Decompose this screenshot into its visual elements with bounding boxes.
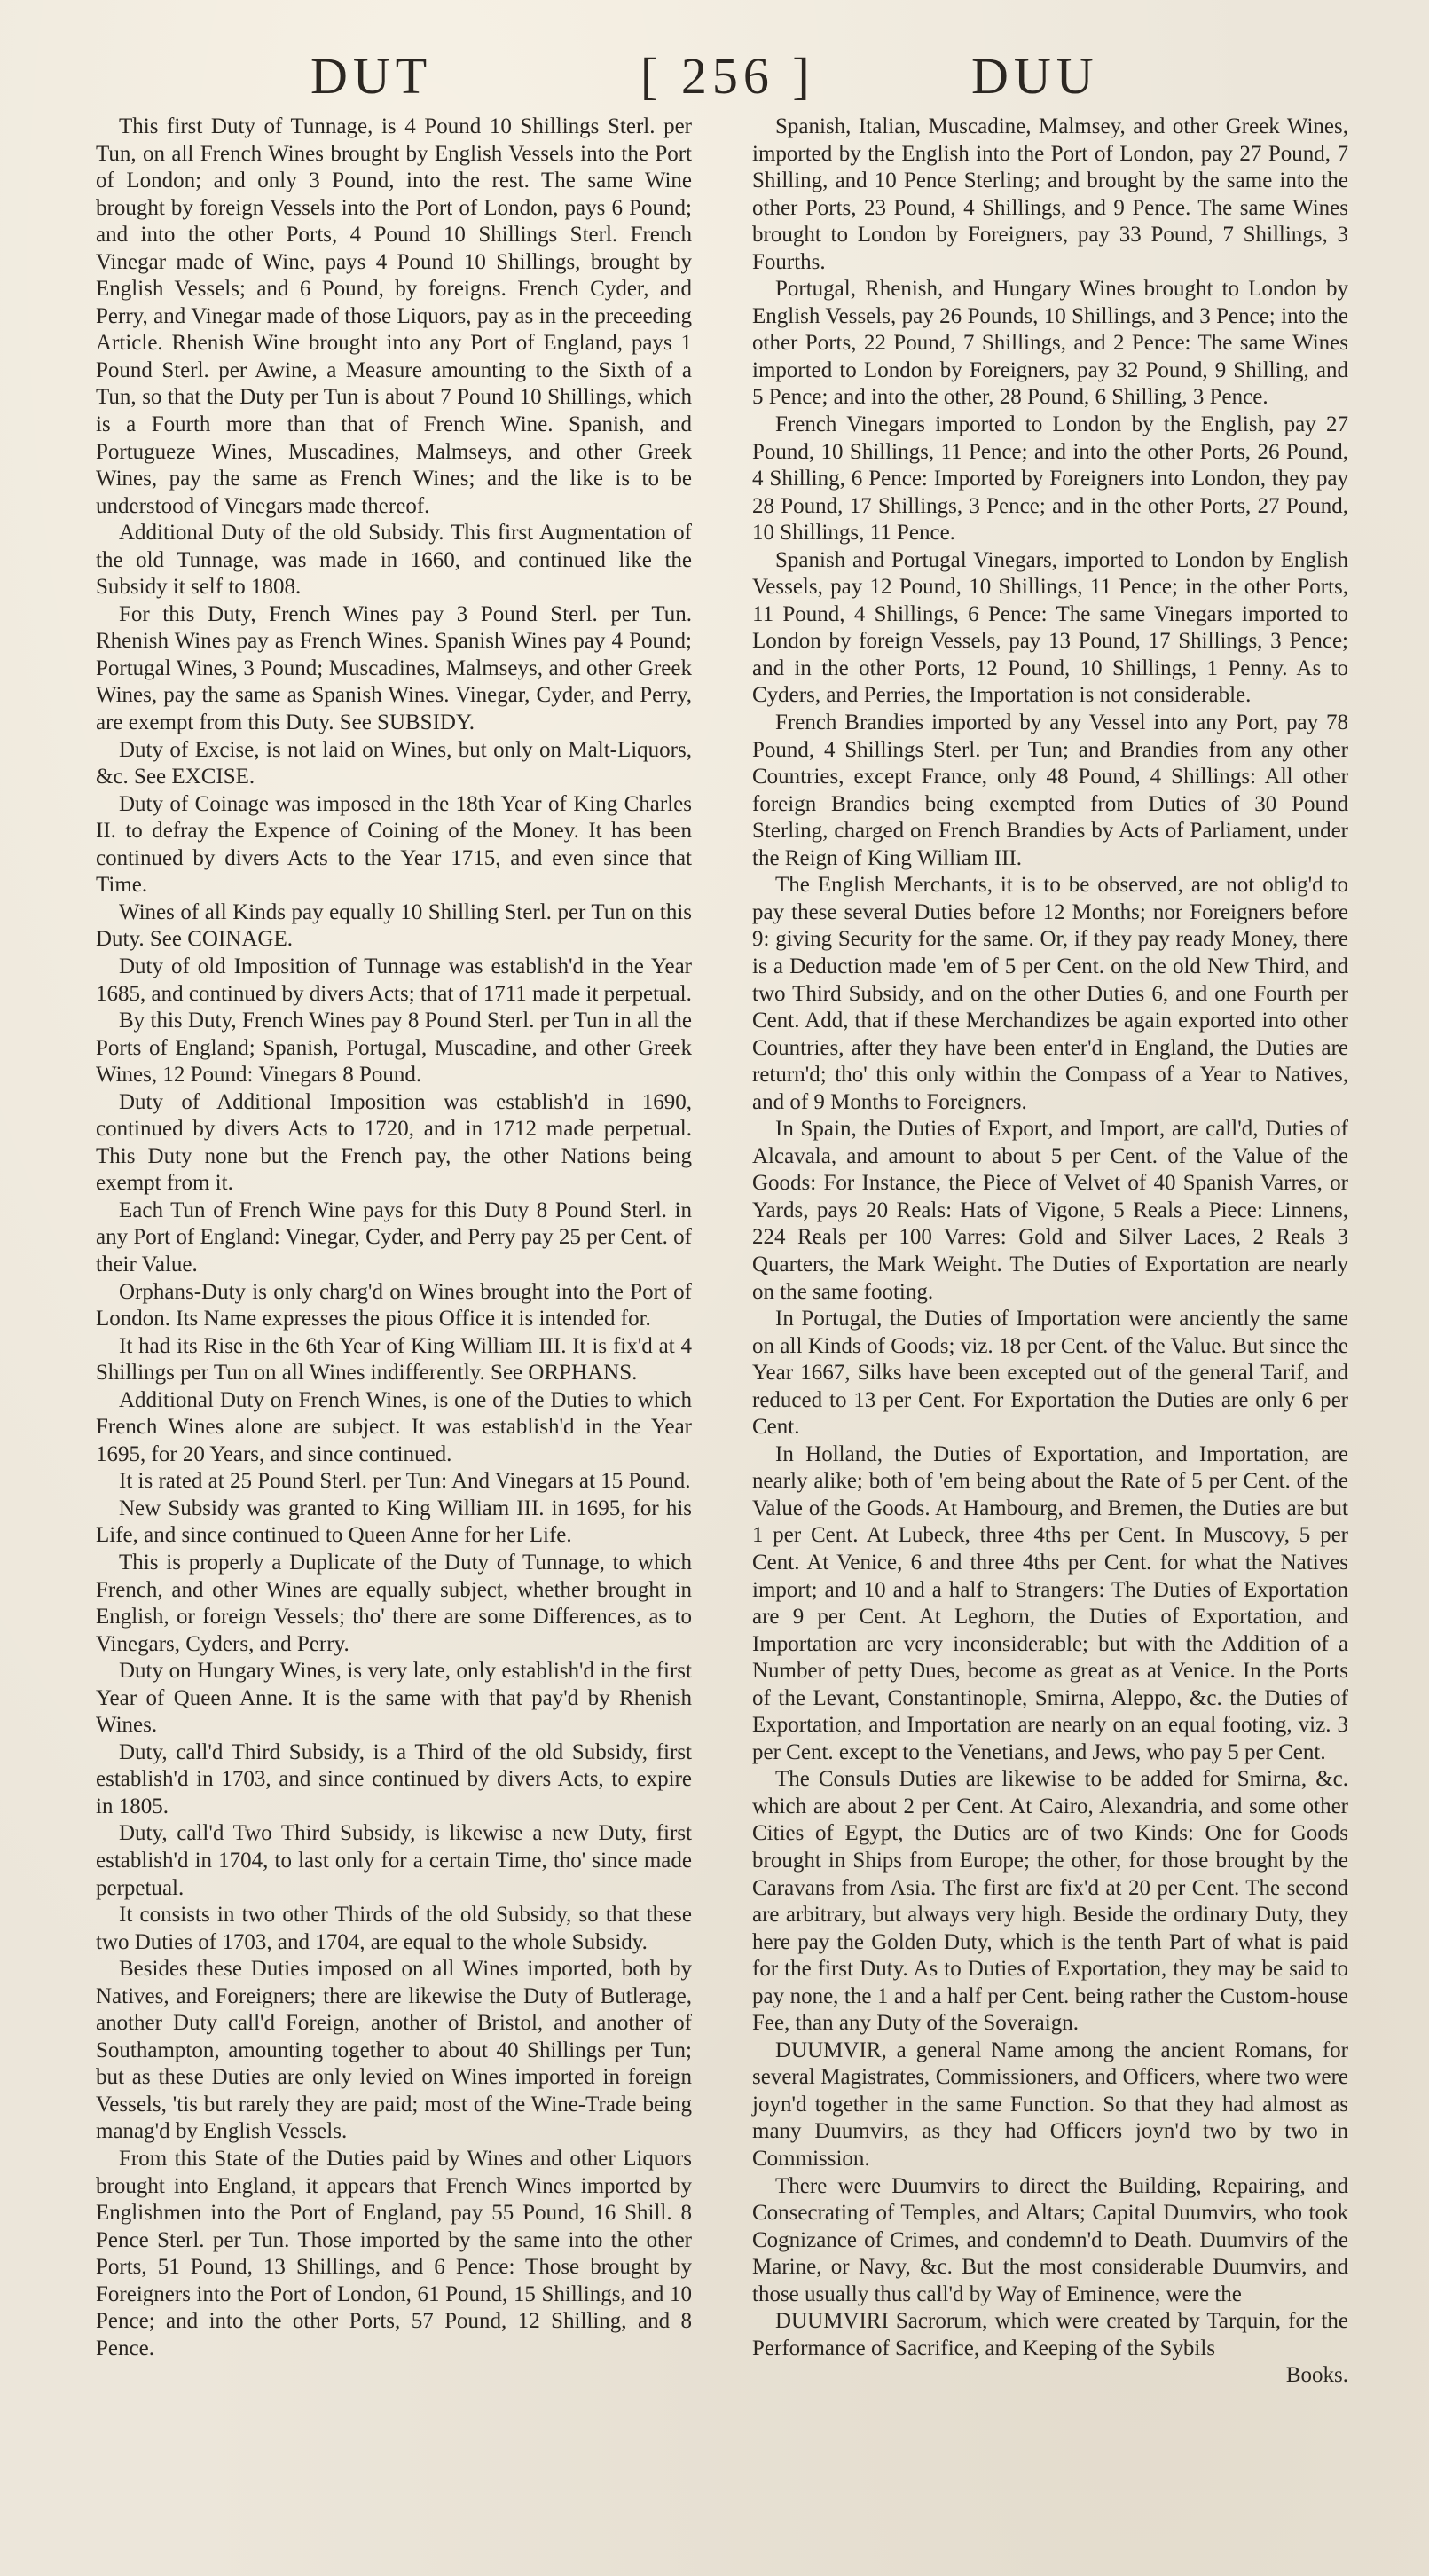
paragraph-additional-duty-old-subsidy: Additional Duty of the old Subsidy. This… [96,520,692,601]
paragraph-spanish-portugal-vinegars: Spanish and Portugal Vinegars, imported … [752,547,1348,710]
paragraph-duties-in-portugal: In Portugal, the Duties of Importation w… [752,1306,1348,1441]
paragraph-french-wines-rate: It is rated at 25 Pound Sterl. per Tun: … [96,1468,692,1496]
paragraph-two-third-subsidy: Duty, call'd Two Third Subsidy, is likew… [96,1820,692,1902]
paragraph-consuls-duties: The Consuls Duties are likewise to be ad… [752,1766,1348,2037]
paragraph-duties-in-spain: In Spain, the Duties of Export, and Impo… [752,1116,1348,1306]
paragraph-duty-on-hungary-wines: Duty on Hungary Wines, is very late, onl… [96,1658,692,1740]
paragraph-old-subsidy-rates: For this Duty, French Wines pay 3 Pound … [96,601,692,737]
paragraph-french-vinegars: French Vinegars imported to London by th… [752,412,1348,547]
paragraph-duty-of-tunnage: This first Duty of Tunnage, is 4 Pound 1… [96,114,692,520]
paragraph-french-brandies: French Brandies imported by any Vessel i… [752,710,1348,872]
right-running-headword: DUU [971,46,1099,106]
paragraph-duties-in-holland-and-ports: In Holland, the Duties of Exportation, a… [752,1441,1348,1767]
right-text-column: Spanish, Italian, Muscadine, Malmsey, an… [752,114,1348,2390]
paragraph-duty-of-coinage: Duty of Coinage was imposed in the 18th … [96,791,692,899]
paragraph-additional-duty-french-wines: Additional Duty on French Wines, is one … [96,1387,692,1469]
page-header: DUT [ 256 ] DUU [0,46,1429,117]
left-text-column: This first Duty of Tunnage, is 4 Pound 1… [96,114,692,2362]
paragraph-new-subsidy: New Subsidy was granted to King William … [96,1496,692,1550]
paragraph-additional-imposition: Duty of Additional Imposition was establ… [96,1089,692,1198]
paragraph-portugal-rhenish-hungary-wines: Portugal, Rhenish, and Hungary Wines bro… [752,276,1348,412]
paragraph-third-subsidy: Duty, call'd Third Subsidy, is a Third o… [96,1740,692,1821]
paragraph-english-merchants: The English Merchants, it is to be obser… [752,872,1348,1116]
paragraph-books-catchword: Books. [752,2362,1348,2390]
paragraph-orphans-duty: Orphans-Duty is only charg'd on Wines br… [96,1279,692,1333]
paragraph-two-thirds-consist: It consists in two other Thirds of the o… [96,1902,692,1956]
left-running-headword: DUT [310,46,432,106]
paragraph-duplicate-of-tunnage: This is properly a Duplicate of the Duty… [96,1550,692,1658]
paragraph-old-imposition-rates: By this Duty, French Wines pay 8 Pound S… [96,1008,692,1089]
paragraph-additional-imposition-rates: Each Tun of French Wine pays for this Du… [96,1198,692,1279]
paragraph-duumvir-entry: DUUMVIR, a general Name among the ancien… [752,2038,1348,2173]
paragraph-state-of-duties-summary: From this State of the Duties paid by Wi… [96,2146,692,2362]
paragraph-duty-of-excise: Duty of Excise, is not laid on Wines, bu… [96,737,692,791]
paragraph-butlerage-and-others: Besides these Duties imposed on all Wine… [96,1956,692,2146]
paragraph-spanish-italian-wines: Spanish, Italian, Muscadine, Malmsey, an… [752,114,1348,276]
paragraph-duumviri-sacrorum: DUUMVIRI Sacrorum, which were created by… [752,2308,1348,2362]
page-number: [ 256 ] [640,46,815,106]
paragraph-coinage-rates: Wines of all Kinds pay equally 10 Shilli… [96,899,692,954]
paragraph-duumvirs-kinds: There were Duumvirs to direct the Buildi… [752,2173,1348,2309]
paragraph-orphans-duty-origin: It had its Rise in the 6th Year of King … [96,1333,692,1387]
paragraph-old-imposition-tunnage: Duty of old Imposition of Tunnage was es… [96,954,692,1008]
